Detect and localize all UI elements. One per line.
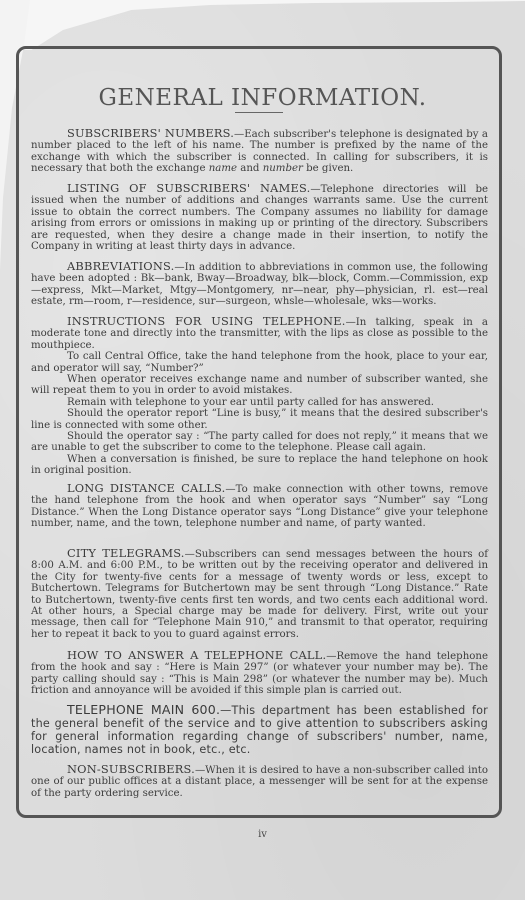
section-body: When a conversation is finished, be sure… (31, 454, 488, 477)
section-non-subscribers: NON-SUBSCRIBERS.—When it is desired to h… (31, 764, 488, 799)
section-instructions: INSTRUCTIONS FOR USING TELEPHONE.—In tal… (31, 316, 488, 477)
section-body: Should the operator report “Line is busy… (31, 408, 488, 431)
section-heading: TELEPHONE MAIN 600. (67, 702, 220, 717)
section-answer-call: HOW TO ANSWER A TELEPHONE CALL.—Remove t… (31, 650, 488, 697)
section-heading: INSTRUCTIONS FOR USING TELEPHONE. (67, 314, 346, 328)
section-heading: HOW TO ANSWER A TELEPHONE CALL. (67, 648, 326, 662)
section-city-telegrams: CITY TELEGRAMS.—Subscribers can send mes… (31, 548, 488, 640)
section-heading: ABBREVIATIONS. (67, 259, 174, 273)
section-body: —Subscribers can send messages between t… (31, 549, 488, 640)
page-title: GENERAL INFORMATION. (0, 85, 525, 111)
section-body: When operator receives exchange name and… (31, 374, 488, 397)
torn-paper-edge (0, 0, 525, 50)
section-heading: LONG DISTANCE CALLS. (67, 481, 225, 495)
section-body: Should the operator say : “The party cal… (31, 431, 488, 454)
section-listing-names: LISTING OF SUBSCRIBERS' NAMES.—Telephone… (31, 183, 488, 252)
section-telephone-main-600: TELEPHONE MAIN 600.—This department has … (31, 703, 488, 756)
section-heading: CITY TELEGRAMS. (67, 546, 185, 560)
section-long-distance: LONG DISTANCE CALLS.—To make connection … (31, 483, 488, 530)
section-heading: SUBSCRIBERS' NUMBERS. (67, 126, 234, 140)
section-body: Remain with telephone to your ear until … (31, 397, 488, 408)
title-rule (235, 112, 283, 113)
section-body: To call Central Office, take the hand te… (31, 351, 488, 374)
section-heading: NON-SUBSCRIBERS. (67, 762, 195, 776)
section-subscribers-numbers: SUBSCRIBERS' NUMBERS.—Each subscriber's … (31, 128, 488, 175)
page-number: iv (0, 829, 525, 840)
document-page: GENERAL INFORMATION. SUBSCRIBERS' NUMBER… (0, 0, 525, 900)
section-heading: LISTING OF SUBSCRIBERS' NAMES. (67, 181, 310, 195)
section-abbreviations: ABBREVIATIONS.—In addition to abbreviati… (31, 261, 488, 308)
